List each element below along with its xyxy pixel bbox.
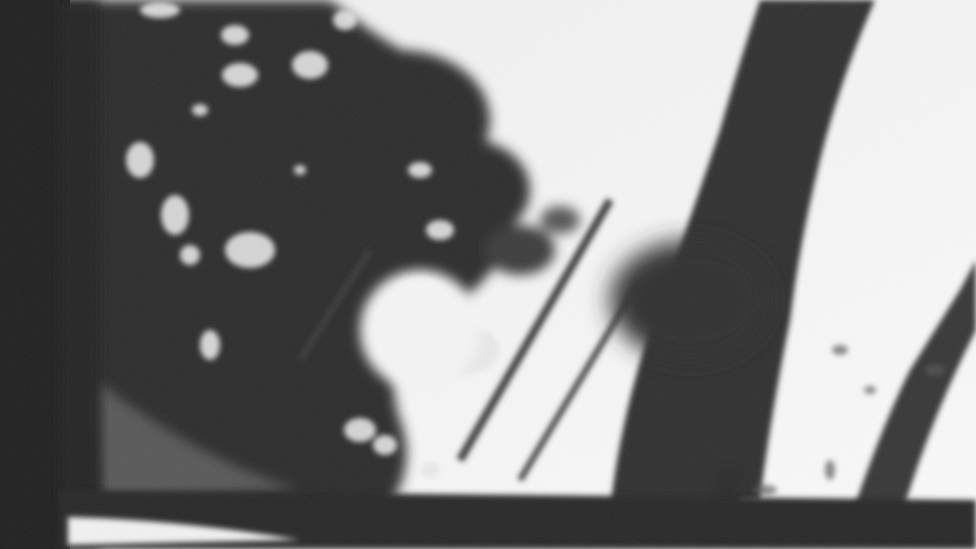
photograph xyxy=(0,0,976,549)
